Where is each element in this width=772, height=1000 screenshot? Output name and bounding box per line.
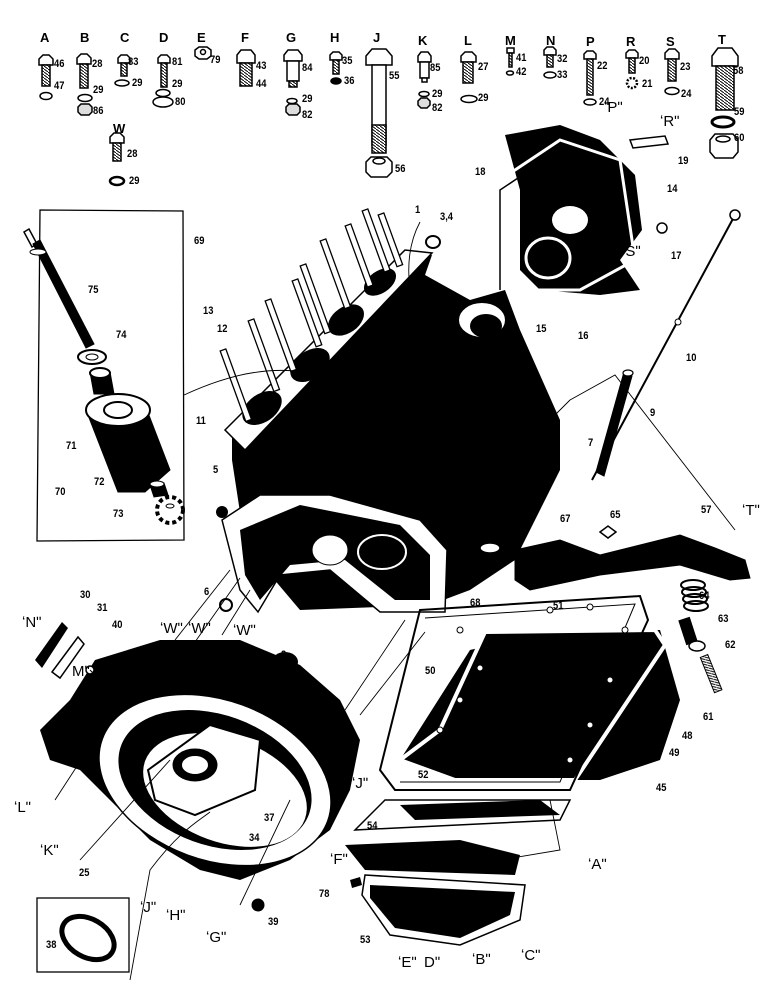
part-number: 23 — [680, 62, 690, 73]
hardware-key-letter-w: W — [113, 122, 125, 135]
part-callout-64: 64 — [699, 591, 709, 602]
part-callout-57: 57 — [701, 505, 711, 516]
location-callout-m: Mʺ — [72, 664, 90, 679]
part-number: 35 — [342, 56, 352, 67]
part-number: 84 — [302, 63, 312, 74]
location-callout-p: ʻPʺ — [604, 100, 623, 115]
location-callout-e: ʻEʺ — [398, 955, 417, 970]
hardware-key-letter-r: R — [626, 35, 635, 48]
location-callout-t: ʻTʺ — [742, 503, 760, 518]
location-callout-b: ʻBʺ — [472, 952, 491, 967]
hardware-key-letter-f: F — [241, 31, 249, 44]
part-number: 56 — [395, 164, 405, 175]
part-number: 41 — [516, 53, 526, 64]
hardware-key-letter-h: H — [330, 31, 339, 44]
part-callout-73: 73 — [113, 509, 123, 520]
diagram-artwork — [0, 0, 772, 1000]
part-callout-15: 15 — [536, 324, 546, 335]
part-number: 82 — [432, 103, 442, 114]
part-callout-67: 67 — [560, 514, 570, 525]
oil-pan-assembly — [345, 596, 680, 945]
part-number: 59 — [734, 107, 744, 118]
part-callout-19: 19 — [678, 156, 688, 167]
location-callout-g: ʻGʺ — [206, 930, 226, 945]
hardware-key-letter-j: J — [373, 31, 380, 44]
part-callout-53: 53 — [360, 935, 370, 946]
part-callout-16: 16 — [578, 331, 588, 342]
part-callout-66: 66 — [467, 574, 477, 585]
cylinder-block — [220, 209, 560, 612]
hardware-key-letter-k: K — [418, 34, 427, 47]
part-number: 43 — [256, 61, 266, 72]
part-number: 42 — [516, 67, 526, 78]
part-number: 29 — [432, 89, 442, 100]
part-callout-3-4: 3,4 — [440, 212, 453, 223]
location-callout-l: ʻLʺ — [14, 800, 31, 815]
hardware-key-letter-c: C — [120, 31, 129, 44]
part-callout-69: 69 — [194, 236, 204, 247]
part-number: 47 — [54, 81, 64, 92]
part-number: 22 — [597, 61, 607, 72]
part-callout-30: 30 — [80, 590, 90, 601]
part-number: 33 — [557, 70, 567, 81]
hardware-key-letter-e: E — [197, 31, 206, 44]
location-callout-h: ʻHʺ — [166, 908, 186, 923]
part-number: 80 — [175, 97, 185, 108]
location-callout-j: ʻJʺ — [140, 900, 156, 915]
location-callout-f: ʻFʺ — [330, 852, 348, 867]
part-callout-78: 78 — [319, 889, 329, 900]
part-callout-8: 8 — [538, 486, 543, 497]
part-callout-39: 39 — [268, 917, 278, 928]
part-callout-25: 25 — [79, 868, 89, 879]
hardware-key-letter-g: G — [286, 31, 296, 44]
hardware-key-icons — [39, 47, 738, 185]
oil-pump-inset — [24, 210, 184, 541]
part-callout-54: 54 — [367, 821, 377, 832]
hardware-key-letter-b: B — [80, 31, 89, 44]
location-callout-n: ʻNʺ — [22, 615, 42, 630]
part-callout-38: 38 — [46, 940, 56, 951]
hardware-key-letter-l: L — [464, 34, 472, 47]
part-number: 85 — [430, 63, 440, 74]
location-callout-r: ʻRʺ — [660, 114, 680, 129]
part-number: 20 — [639, 56, 649, 67]
part-number: 29 — [478, 93, 488, 104]
location-callout-k: ʻKʺ — [40, 843, 59, 858]
hardware-key-letter-d: D — [159, 31, 168, 44]
part-number: 79 — [210, 55, 220, 66]
part-callout-70: 70 — [55, 487, 65, 498]
part-callout-31: 31 — [97, 603, 107, 614]
part-callout-9: 9 — [650, 408, 655, 419]
hardware-key-letter-p: P — [586, 35, 595, 48]
hardware-key-letter-n: N — [546, 34, 555, 47]
part-number: 46 — [54, 59, 64, 70]
part-callout-14: 14 — [667, 184, 677, 195]
part-number: 21 — [642, 79, 652, 90]
part-callout-34: 34 — [249, 833, 259, 844]
timing-cover — [426, 125, 668, 295]
part-callout-51: 51 — [553, 601, 563, 612]
part-callout-7: 7 — [527, 517, 532, 528]
location-callout-w: ʻWʺ — [233, 623, 256, 638]
location-callout-c: ʻCʺ — [521, 948, 541, 963]
part-number: 58 — [733, 66, 743, 77]
part-callout-62: 62 — [725, 640, 735, 651]
location-callout-w: ʻWʺ — [160, 621, 183, 636]
location-callout-j: ʻJʺ — [352, 776, 368, 791]
part-number: 27 — [478, 62, 488, 73]
part-callout-40: 40 — [112, 620, 122, 631]
part-number: 86 — [93, 106, 103, 117]
part-callout-49: 49 — [669, 748, 679, 759]
part-number: 28 — [127, 149, 137, 160]
part-callout-71: 71 — [66, 441, 76, 452]
part-callout-17: 17 — [671, 251, 681, 262]
part-number: 32 — [557, 54, 567, 65]
part-callout-5: 5 — [213, 465, 218, 476]
part-callout-63: 63 — [718, 614, 728, 625]
part-number: 36 — [344, 76, 354, 87]
part-callout-68: 68 — [470, 598, 480, 609]
location-callout-w: ʻWʺ — [188, 621, 211, 636]
part-callout-65: 65 — [610, 510, 620, 521]
location-callout-s: ʻSʺ — [622, 244, 641, 259]
part-callout-6: 6 — [204, 587, 209, 598]
part-callout-48: 48 — [682, 731, 692, 742]
part-callout-50: 50 — [425, 666, 435, 677]
part-number: 29 — [302, 94, 312, 105]
part-number: 55 — [389, 71, 399, 82]
part-callout-18: 18 — [475, 167, 485, 178]
part-number: 29 — [132, 78, 142, 89]
part-callout-52: 52 — [418, 770, 428, 781]
hardware-key-letter-t: T — [718, 33, 726, 46]
part-callout-13: 13 — [203, 306, 213, 317]
hardware-key-letter-s: S — [666, 35, 675, 48]
part-callout-72: 72 — [94, 477, 104, 488]
part-number: 81 — [172, 57, 182, 68]
part-number: 82 — [302, 110, 312, 121]
rear-seal-inset — [37, 898, 129, 972]
part-number: 29 — [172, 79, 182, 90]
location-callout-a: ʻAʺ — [588, 857, 607, 872]
part-number: 83 — [128, 57, 138, 68]
part-number: 60 — [734, 133, 744, 144]
part-number: 29 — [129, 176, 139, 187]
part-number: 28 — [92, 59, 102, 70]
part-number: 44 — [256, 79, 266, 90]
part-callout-74: 74 — [116, 330, 126, 341]
part-number: 29 — [93, 85, 103, 96]
part-callout-12: 12 — [217, 324, 227, 335]
hardware-key-letter-a: A — [40, 31, 49, 44]
part-callout-45: 45 — [656, 783, 666, 794]
part-callout-1: 1 — [415, 205, 420, 216]
part-callout-75: 75 — [88, 285, 98, 296]
part-callout-7: 7 — [588, 438, 593, 449]
part-callout-10: 10 — [686, 353, 696, 364]
part-callout-61: 61 — [703, 712, 713, 723]
part-callout-2: 2 — [281, 650, 286, 661]
location-callout-d: Dʺ — [424, 955, 440, 970]
part-callout-11: 11 — [196, 416, 206, 427]
exploded-parts-diagram: A 46 47 B 28 29 86 C 83 29 D 81 29 80 E … — [0, 0, 772, 1000]
part-callout-37: 37 — [264, 813, 274, 824]
part-number: 24 — [681, 89, 691, 100]
hardware-key-letter-m: M — [505, 34, 516, 47]
